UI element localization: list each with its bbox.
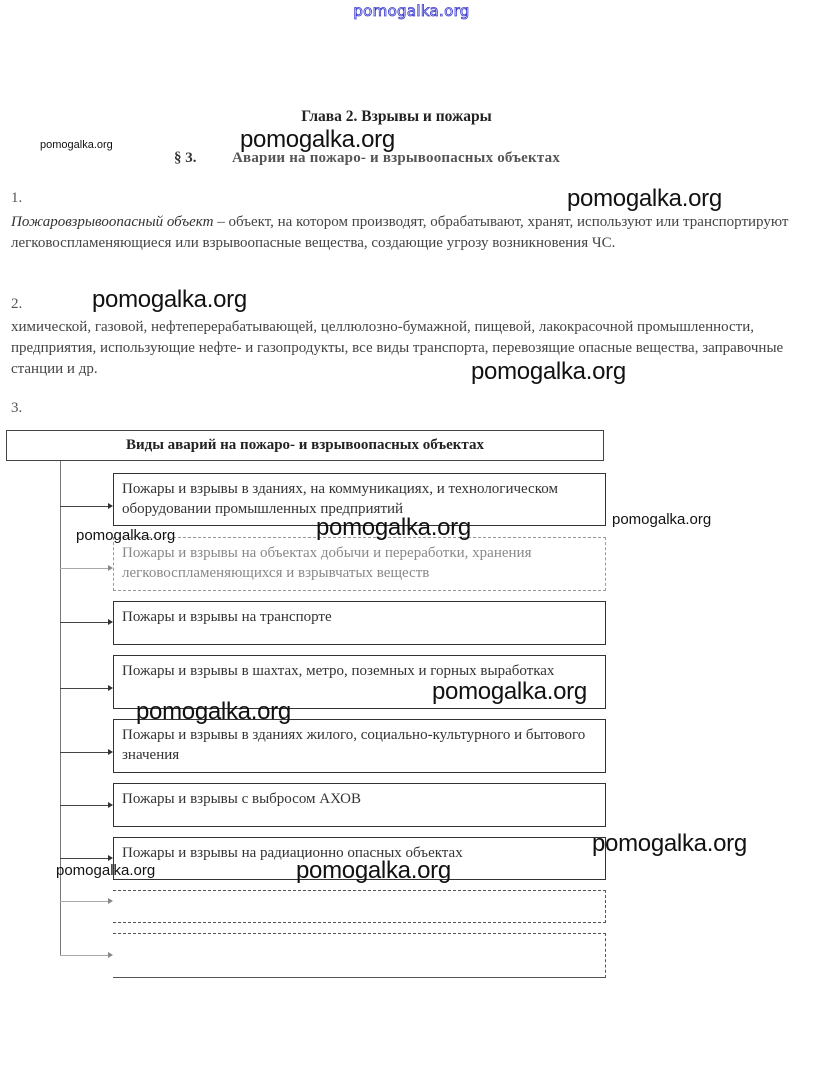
arrow-icon	[60, 568, 110, 569]
diagram-title: Виды аварий на пожаро- и взрывоопасных о…	[6, 430, 604, 461]
watermark: pomogalka.org	[592, 830, 747, 858]
site-link[interactable]: pomogalka.org	[0, 2, 823, 20]
arrow-icon	[60, 858, 110, 859]
answer-2: химической, газовой, нефтеперерабатывающ…	[11, 317, 791, 380]
arrow-icon	[60, 901, 110, 902]
question-number-2: 2.	[11, 296, 22, 313]
diagram-connector-line	[60, 461, 61, 955]
arrow-icon	[60, 955, 110, 956]
watermark: pomogalka.org	[432, 678, 587, 706]
arrow-icon	[60, 506, 110, 507]
diagram-item-5: Пожары и взрывы в зданиях жилого, социал…	[113, 719, 606, 773]
section-number: § 3.	[174, 150, 232, 167]
watermark: pomogalka.org	[136, 698, 291, 726]
diagram-item-2: Пожары и взрывы на объектах добычи и пер…	[113, 537, 606, 591]
arrow-icon	[60, 688, 110, 689]
diagram-item-3: Пожары и взрывы на транспорте	[113, 601, 606, 645]
watermark: pomogalka.org	[612, 511, 711, 528]
watermark: pomogalka.org	[56, 862, 155, 879]
watermark: pomogalka.org	[567, 185, 722, 213]
arrow-icon	[60, 805, 110, 806]
question-number-3: 3.	[11, 400, 22, 417]
arrow-icon	[60, 622, 110, 623]
diagram-item-8	[113, 890, 606, 923]
diagram-item-6: Пожары и взрывы с выбросом АХОВ	[113, 783, 606, 827]
watermark: pomogalka.org	[76, 527, 175, 544]
watermark: pomogalka.org	[471, 358, 626, 386]
arrow-icon	[60, 752, 110, 753]
watermark: pomogalka.org	[240, 126, 395, 154]
watermark: pomogalka.org	[40, 139, 113, 151]
watermark: pomogalka.org	[316, 514, 471, 542]
answer-1: Пожаровзрывоопасный объект – объект, на …	[11, 212, 791, 254]
term: Пожаровзрывоопасный объект	[11, 214, 213, 230]
chapter-title: Глава 2. Взрывы и пожары	[0, 108, 793, 126]
diagram-item-9	[113, 933, 606, 978]
watermark: pomogalka.org	[92, 286, 247, 314]
watermark: pomogalka.org	[296, 857, 451, 885]
question-number-1: 1.	[11, 190, 22, 207]
